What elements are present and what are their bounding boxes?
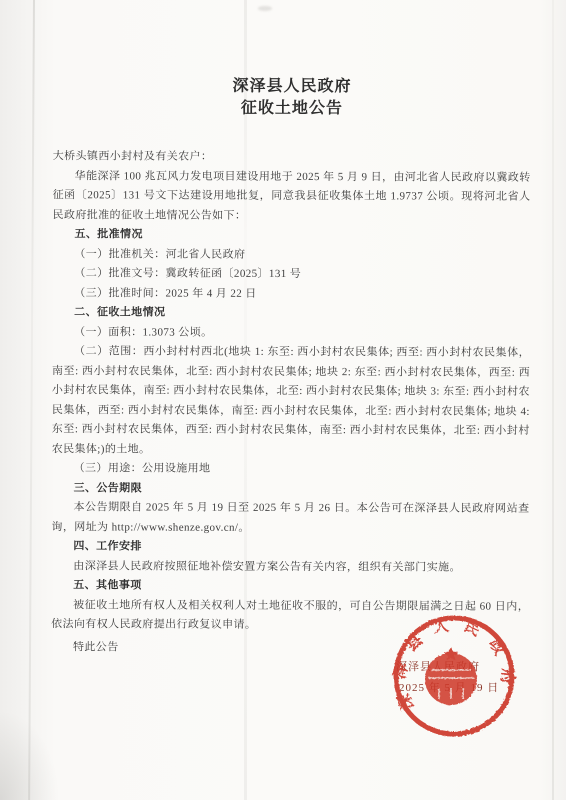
section-heading-period: 三、公告期限 <box>52 479 530 500</box>
other-matters: 被征收土地所有权人及相关权利人对土地征收不服的，可自公告期限届满之日起 60 日… <box>51 596 529 637</box>
paper-left-edge <box>28 0 35 800</box>
salutation: 大桥头镇西小封村及有关农户： <box>53 147 531 168</box>
approval-doc-number: （二）批准文号：冀政转征函〔2025〕131 号 <box>52 264 530 285</box>
work-arrangement: 由深泽县人民政府按照征地补偿安置方案公告有关内容，组织有关部门实施。 <box>51 557 529 578</box>
title-subject: 征收土地公告 <box>53 97 531 121</box>
paper-corner-shadow <box>0 710 60 800</box>
section-heading-arrangement: 四、工作安排 <box>51 537 529 558</box>
section-heading-land: 二、征收土地情况 <box>52 303 530 324</box>
land-scope: （二）范围：西小封村村西北(地块 1: 东至: 西小封村农民集体; 西至: 西小… <box>52 342 530 461</box>
page-title: 深泽县人民政府 征收土地公告 <box>53 75 531 121</box>
approval-date: （三）批准时间：2025 年 4 月 22 日 <box>52 284 530 305</box>
title-issuer: 深泽县人民政府 <box>53 75 531 99</box>
closing-phrase: 特此公告 <box>51 638 529 659</box>
scanned-notice-page: 深泽县人民政府 征收土地公告 大桥头镇西小封村及有关农户： 华能深泽 100 兆… <box>0 0 566 800</box>
signature-issuer: 深泽县人民政府 <box>396 658 480 674</box>
notice-period: 本公告期限自 2025 年 5 月 19 日至 2025 年 5 月 26 日。… <box>51 498 529 539</box>
section-heading-approval: 五、批准情况 <box>52 225 530 246</box>
intro-paragraph: 华能深泽 100 兆瓦风力发电项目建设用地于 2025 年 5 月 9 日，由河… <box>52 167 530 227</box>
paper-right-edge <box>552 0 554 800</box>
land-use: （三）用途：公用设施用地 <box>52 459 530 480</box>
land-area: （一）面积：1.3073 公顷。 <box>52 323 530 344</box>
scan-smudge <box>258 6 272 11</box>
approval-authority: （一）批准机关：河北省人民政府 <box>52 245 530 266</box>
section-heading-other: 五、其他事项 <box>51 576 529 597</box>
notice-body: 深泽县人民政府 征收土地公告 大桥头镇西小封村及有关农户： 华能深泽 100 兆… <box>51 75 531 659</box>
signature-date: 2025 年 5 月 19 日 <box>399 679 499 695</box>
